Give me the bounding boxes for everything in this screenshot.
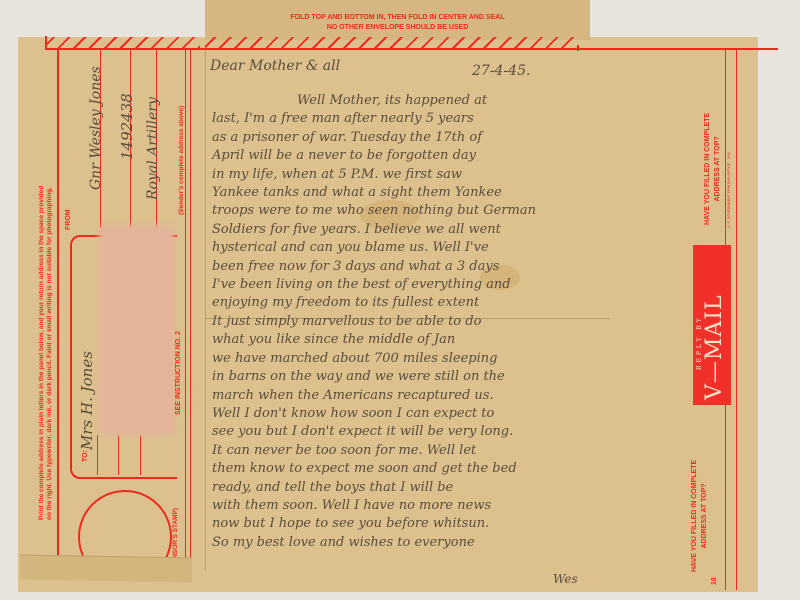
border-line [736,50,737,590]
border-line [190,48,191,568]
border-line [577,45,579,51]
letter-line: we have marched about 700 miles sleeping [212,350,607,368]
letter-line: with them soon. Well I have no more news [212,497,607,515]
letter-line: Well Mother, its happened at [297,92,692,110]
letter-line: in my life, when at 5 P.M. we first saw [212,166,607,184]
letter-line: troops were to me who seen nothing but G… [212,202,607,220]
sender-number: 1492438 [118,93,136,160]
background-right [758,0,800,600]
printer-imprint: U. S. GOVERNMENT PRINTING OFFICE : 1944 [727,152,731,228]
border-line [45,48,778,50]
border-line [57,48,59,568]
top-flap-text: FOLD TOP AND BOTTOM IN, THEN FOLD IN CEN… [205,13,590,33]
letter-line: as a prisoner of war. Tuesday the 17th o… [212,129,607,147]
address-line [97,435,98,475]
letter-line: It just simply marvellous to be able to … [212,313,607,331]
letter-line: I've been living on the best of everythi… [212,276,607,294]
address-line [118,435,119,475]
letter-line: them know to expect me soon and get the … [212,460,607,478]
see-instruction-label: SEE INSTRUCTION NO. 2 [175,331,182,415]
letter-line: hysterical and can you blame us. Well I'… [212,239,607,257]
letter-line: what you like since the middle of Jan [212,331,607,349]
address-instructions: Print the complete address in plain lett… [38,186,54,520]
letter-line: April will be a never to be forgotten da… [212,147,607,165]
letter-line: in barns on the way and we were still on… [212,368,607,386]
hatched-border-left [45,37,200,48]
address-reminder-top: HAVE YOU FILLED IN COMPLETE ADDRESS AT T… [703,113,723,225]
letter-line: march when the Americans recaptured us. [212,387,607,405]
sender-unit: Royal Artillery [145,97,161,200]
letter-line: Well I don't know how soon I can expect … [212,405,607,423]
to-label: TO: [82,450,89,462]
address-line [140,435,141,475]
letter-line: So my best love and wishes to everyone [212,534,607,552]
letter-line: enjoying my freedom to its fullest exten… [212,294,607,312]
border-line [205,50,206,570]
letter-line: Yankee tanks and what a sight them Yanke… [212,184,607,202]
border-line [736,50,737,58]
from-label: FROM [65,209,72,230]
border-line [45,36,47,50]
border-line [185,48,186,568]
letter-salutation: Dear Mother & all [210,58,340,74]
letter-signoff: Wes [553,572,578,586]
letter-line: Soldiers for five years. I believe we al… [212,221,607,239]
letter-line: now but I hope to see you before whitsun… [212,515,607,533]
letter-line: been free now for 3 days and what a 3 da… [212,258,607,276]
letter-body: Well Mother, its happened at last, I'm a… [212,92,607,552]
letter-line: ready, and tell the boys that I will be [212,479,607,497]
vmail-sheet-right [600,45,758,592]
recipient-name: Mrs H. Jones [78,351,96,450]
letter-line: It can never be too soon for me. Well le… [212,442,607,460]
letter-line: see you but I don't expect it will be ve… [212,423,607,441]
sender-caption: (Sender's complete address above) [178,106,185,215]
bottom-flap [20,554,192,582]
form-number: 18 [711,577,718,585]
redacted-address-blur [99,225,174,435]
badge-vmail-text: V—MAIL [702,294,727,400]
letter-date: 27-4-45. [472,63,530,79]
letter-line: last, I'm a free man after nearly 5 year… [212,110,607,128]
address-reminder-bottom: HAVE YOU FILLED IN COMPLETE ADDRESS AT T… [690,460,710,572]
sender-name: Gnr Wesley Jones [88,66,104,190]
